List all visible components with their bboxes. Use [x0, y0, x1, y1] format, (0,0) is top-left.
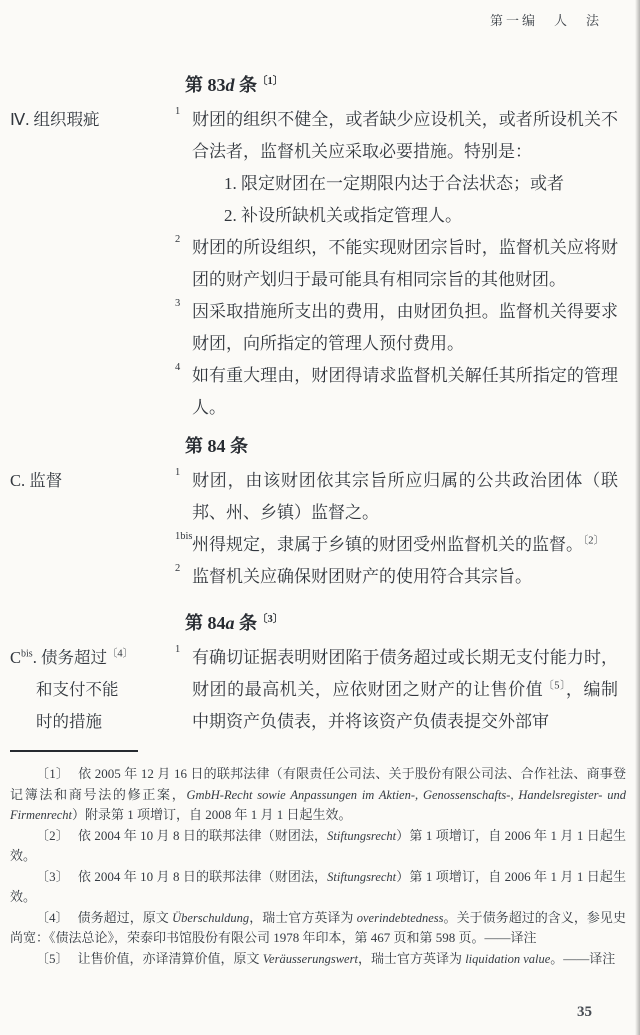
paragraph-number: 2	[175, 564, 180, 575]
footnote-marker: 〔3〕	[36, 869, 69, 884]
paragraph-text: 财团，由该财团依其宗旨所应归属的公共政治团体（联邦、州、乡镇）监督之。	[192, 471, 618, 522]
margin-label-line-1: Cbis. 债务超过〔4〕	[10, 642, 175, 674]
footnote-marker: 〔5〕	[36, 951, 69, 966]
footnote-ref-3: 〔3〕	[257, 614, 283, 625]
article-84: 第 84 条 C. 监督 1财团，由该财团依其宗旨所应归属的公共政治团体（联邦、…	[0, 434, 640, 593]
article-84a-heading: 第 84a 条〔3〕	[185, 611, 640, 635]
paragraph-number: 1bis	[175, 532, 193, 543]
footnote-latin: Veräusserungswert	[263, 952, 358, 966]
paragraph-1: 1财团，由该财团依其宗旨所应归属的公共政治团体（联邦、州、乡镇）监督之。	[192, 465, 618, 529]
footnote-text: 。——译注	[550, 951, 615, 966]
article-84-body: 1财团，由该财团依其宗旨所应归属的公共政治团体（联邦、州、乡镇）监督之。 1bi…	[175, 465, 640, 593]
margin-label-organization-defects: Ⅳ. 组织瑕疵	[0, 104, 175, 424]
article-83d: 第 83d 条〔1〕 Ⅳ. 组织瑕疵 1财团的组织不健全，或者缺少应设机关，或者…	[0, 73, 640, 424]
article-83d-heading: 第 83d 条〔1〕	[185, 73, 640, 97]
scan-edge-shadow	[635, 0, 640, 1035]
footnote-ref-4: 〔4〕	[107, 649, 133, 660]
running-header: 第一编 人 法	[0, 0, 640, 29]
paragraph-number: 4	[175, 363, 180, 374]
footnote-latin: Stiftungsrecht	[327, 870, 396, 884]
footnote-text: ，瑞士官方英译为	[249, 910, 357, 925]
footnote-text: ）附录第 1 项增订，自 2008 年 1 月 1 日起生效。	[72, 807, 352, 822]
margin-label-supervision: C. 监督	[0, 465, 175, 593]
heading-letter: d	[226, 75, 235, 95]
footnote-4: 〔4〕债务超过，原文 Überschuldung，瑞士官方英译为 overind…	[10, 908, 626, 949]
margin-label-mid: . 债务超过	[33, 648, 107, 667]
footnote-text: 依 2004 年 10 月 8 日的联邦法律（财团法，	[78, 828, 327, 843]
paragraph-number: 1	[175, 645, 180, 656]
footnote-latin: overindebtedness	[357, 911, 444, 925]
paragraph-1: 1有确切证据表明财团陷于债务超过或长期无支付能力时，财团的最高机关，应依财团之财…	[192, 642, 618, 738]
footnote-1: 〔1〕依 2005 年 12 月 16 日的联邦法律（有限责任公司法、关于股份有…	[10, 764, 626, 826]
footnote-text: ，瑞士官方英译为	[358, 951, 465, 966]
footnote-text: 让售价值，亦译清算价值，原文	[78, 951, 263, 966]
footnote-text: 依 2004 年 10 月 8 日的联邦法律（财团法，	[78, 869, 327, 884]
article-84a: 第 84a 条〔3〕 Cbis. 债务超过〔4〕 和支付不能 时的措施 1有确切…	[0, 611, 640, 738]
article-84-heading: 第 84 条	[185, 434, 640, 458]
list-item-1: 1. 限定财团在一定期限内达于合法状态；或者	[192, 168, 618, 200]
heading-word: 条	[226, 436, 249, 456]
footnote-latin: Stiftungsrecht	[327, 829, 396, 843]
paragraph-number: 2	[175, 235, 180, 246]
footnote-2: 〔2〕依 2004 年 10 月 8 日的联邦法律（财团法，Stiftungsr…	[10, 826, 626, 867]
footnote-ref-2: 〔2〕	[583, 535, 604, 546]
margin-label-text: C. 监督	[10, 471, 62, 490]
paragraph-number: 1	[175, 107, 180, 118]
heading-num: 第 84	[185, 436, 226, 456]
paragraph-text: 如有重大理由，财团得请求监督机关解任其所指定的管理人。	[192, 366, 618, 417]
footnote-3: 〔3〕依 2004 年 10 月 8 日的联邦法律（财团法，Stiftungsr…	[10, 867, 626, 908]
paragraph-text: 财团的所设组织，不能实现财团宗旨时，监督机关应将财团的财产划归于最可能具有相同宗…	[192, 238, 618, 289]
footnote-5: 〔5〕让售价值，亦译清算价值，原文 Veräusserungswert，瑞士官方…	[10, 949, 626, 970]
heading-word: 条	[235, 613, 258, 633]
footnote-latin: Überschuldung	[172, 911, 249, 925]
footnote-area: 〔1〕依 2005 年 12 月 16 日的联邦法律（有限责任公司法、关于股份有…	[10, 750, 626, 969]
footnote-marker: 〔1〕	[36, 766, 69, 781]
paragraph-2: 2监督机关应确保财团财产的使用符合其宗旨。	[192, 561, 618, 593]
paragraph-3: 3因采取措施所支出的费用，由财团负担。监督机关得要求财团，向所指定的管理人预付费…	[192, 296, 618, 360]
paragraph-text: 因采取措施所支出的费用，由财团负担。监督机关得要求财团，向所指定的管理人预付费用…	[192, 302, 618, 353]
margin-label-text: Ⅳ. 组织瑕疵	[10, 110, 99, 129]
margin-label-line-2: 和支付不能	[10, 674, 175, 706]
article-84a-body: 1有确切证据表明财团陷于债务超过或长期无支付能力时，财团的最高机关，应依财团之财…	[175, 642, 640, 738]
paragraph-2: 2财团的所设组织，不能实现财团宗旨时，监督机关应将财团的财产划归于最可能具有相同…	[192, 232, 618, 296]
list-item-2: 2. 补设所缺机关或指定管理人。	[192, 200, 618, 232]
paragraph-number: 3	[175, 299, 180, 310]
footnote-text: 债务超过，原文	[78, 910, 173, 925]
paragraph-4: 4如有重大理由，财团得请求监督机关解任其所指定的管理人。	[192, 360, 618, 424]
footnote-latin: liquidation value	[465, 952, 550, 966]
article-83d-body: 1财团的组织不健全，或者缺少应设机关，或者所设机关不合法者，监督机关应采取必要措…	[175, 104, 640, 424]
list-item-text: 2. 补设所缺机关或指定管理人。	[224, 200, 618, 232]
margin-label-overindebtedness: Cbis. 债务超过〔4〕 和支付不能 时的措施	[0, 642, 175, 738]
list-item-text: 1. 限定财团在一定期限内达于合法状态；或者	[224, 168, 618, 200]
margin-label-sup: bis	[21, 649, 33, 660]
paragraph-1bis: 1bis州得规定，隶属于乡镇的财团受州监督机关的监督。〔2〕	[192, 529, 618, 561]
paragraph-text: 州得规定，隶属于乡镇的财团受州监督机关的监督。	[192, 535, 583, 554]
paragraph-1: 1财团的组织不健全，或者缺少应设机关，或者所设机关不合法者，监督机关应采取必要措…	[192, 104, 618, 168]
heading-letter: a	[226, 613, 235, 633]
footnote-marker: 〔2〕	[36, 828, 69, 843]
heading-word: 条	[235, 75, 258, 95]
margin-label-line-3: 时的措施	[10, 706, 175, 738]
margin-label-pre: C	[10, 648, 21, 667]
paragraph-number: 1	[175, 468, 180, 479]
footnote-ref-1: 〔1〕	[257, 76, 283, 87]
paragraph-text: 财团的组织不健全，或者缺少应设机关，或者所设机关不合法者，监督机关应采取必要措施…	[192, 110, 618, 161]
page-number: 35	[577, 1004, 592, 1021]
footnote-marker: 〔4〕	[36, 910, 69, 925]
paragraph-text-pre: 有确切证据表明财团陷于债务超过或长期无支付能力时，财团的最高机关，应依财团之财产…	[192, 648, 618, 699]
page-content: 第 83d 条〔1〕 Ⅳ. 组织瑕疵 1财团的组织不健全，或者缺少应设机关，或者…	[0, 73, 640, 969]
paragraph-text: 监督机关应确保财团财产的使用符合其宗旨。	[192, 567, 532, 586]
footnote-separator-rule	[10, 750, 138, 752]
heading-num: 第 84	[185, 613, 226, 633]
footnote-ref-5: 〔5〕	[543, 680, 566, 691]
heading-num: 第 83	[185, 75, 226, 95]
